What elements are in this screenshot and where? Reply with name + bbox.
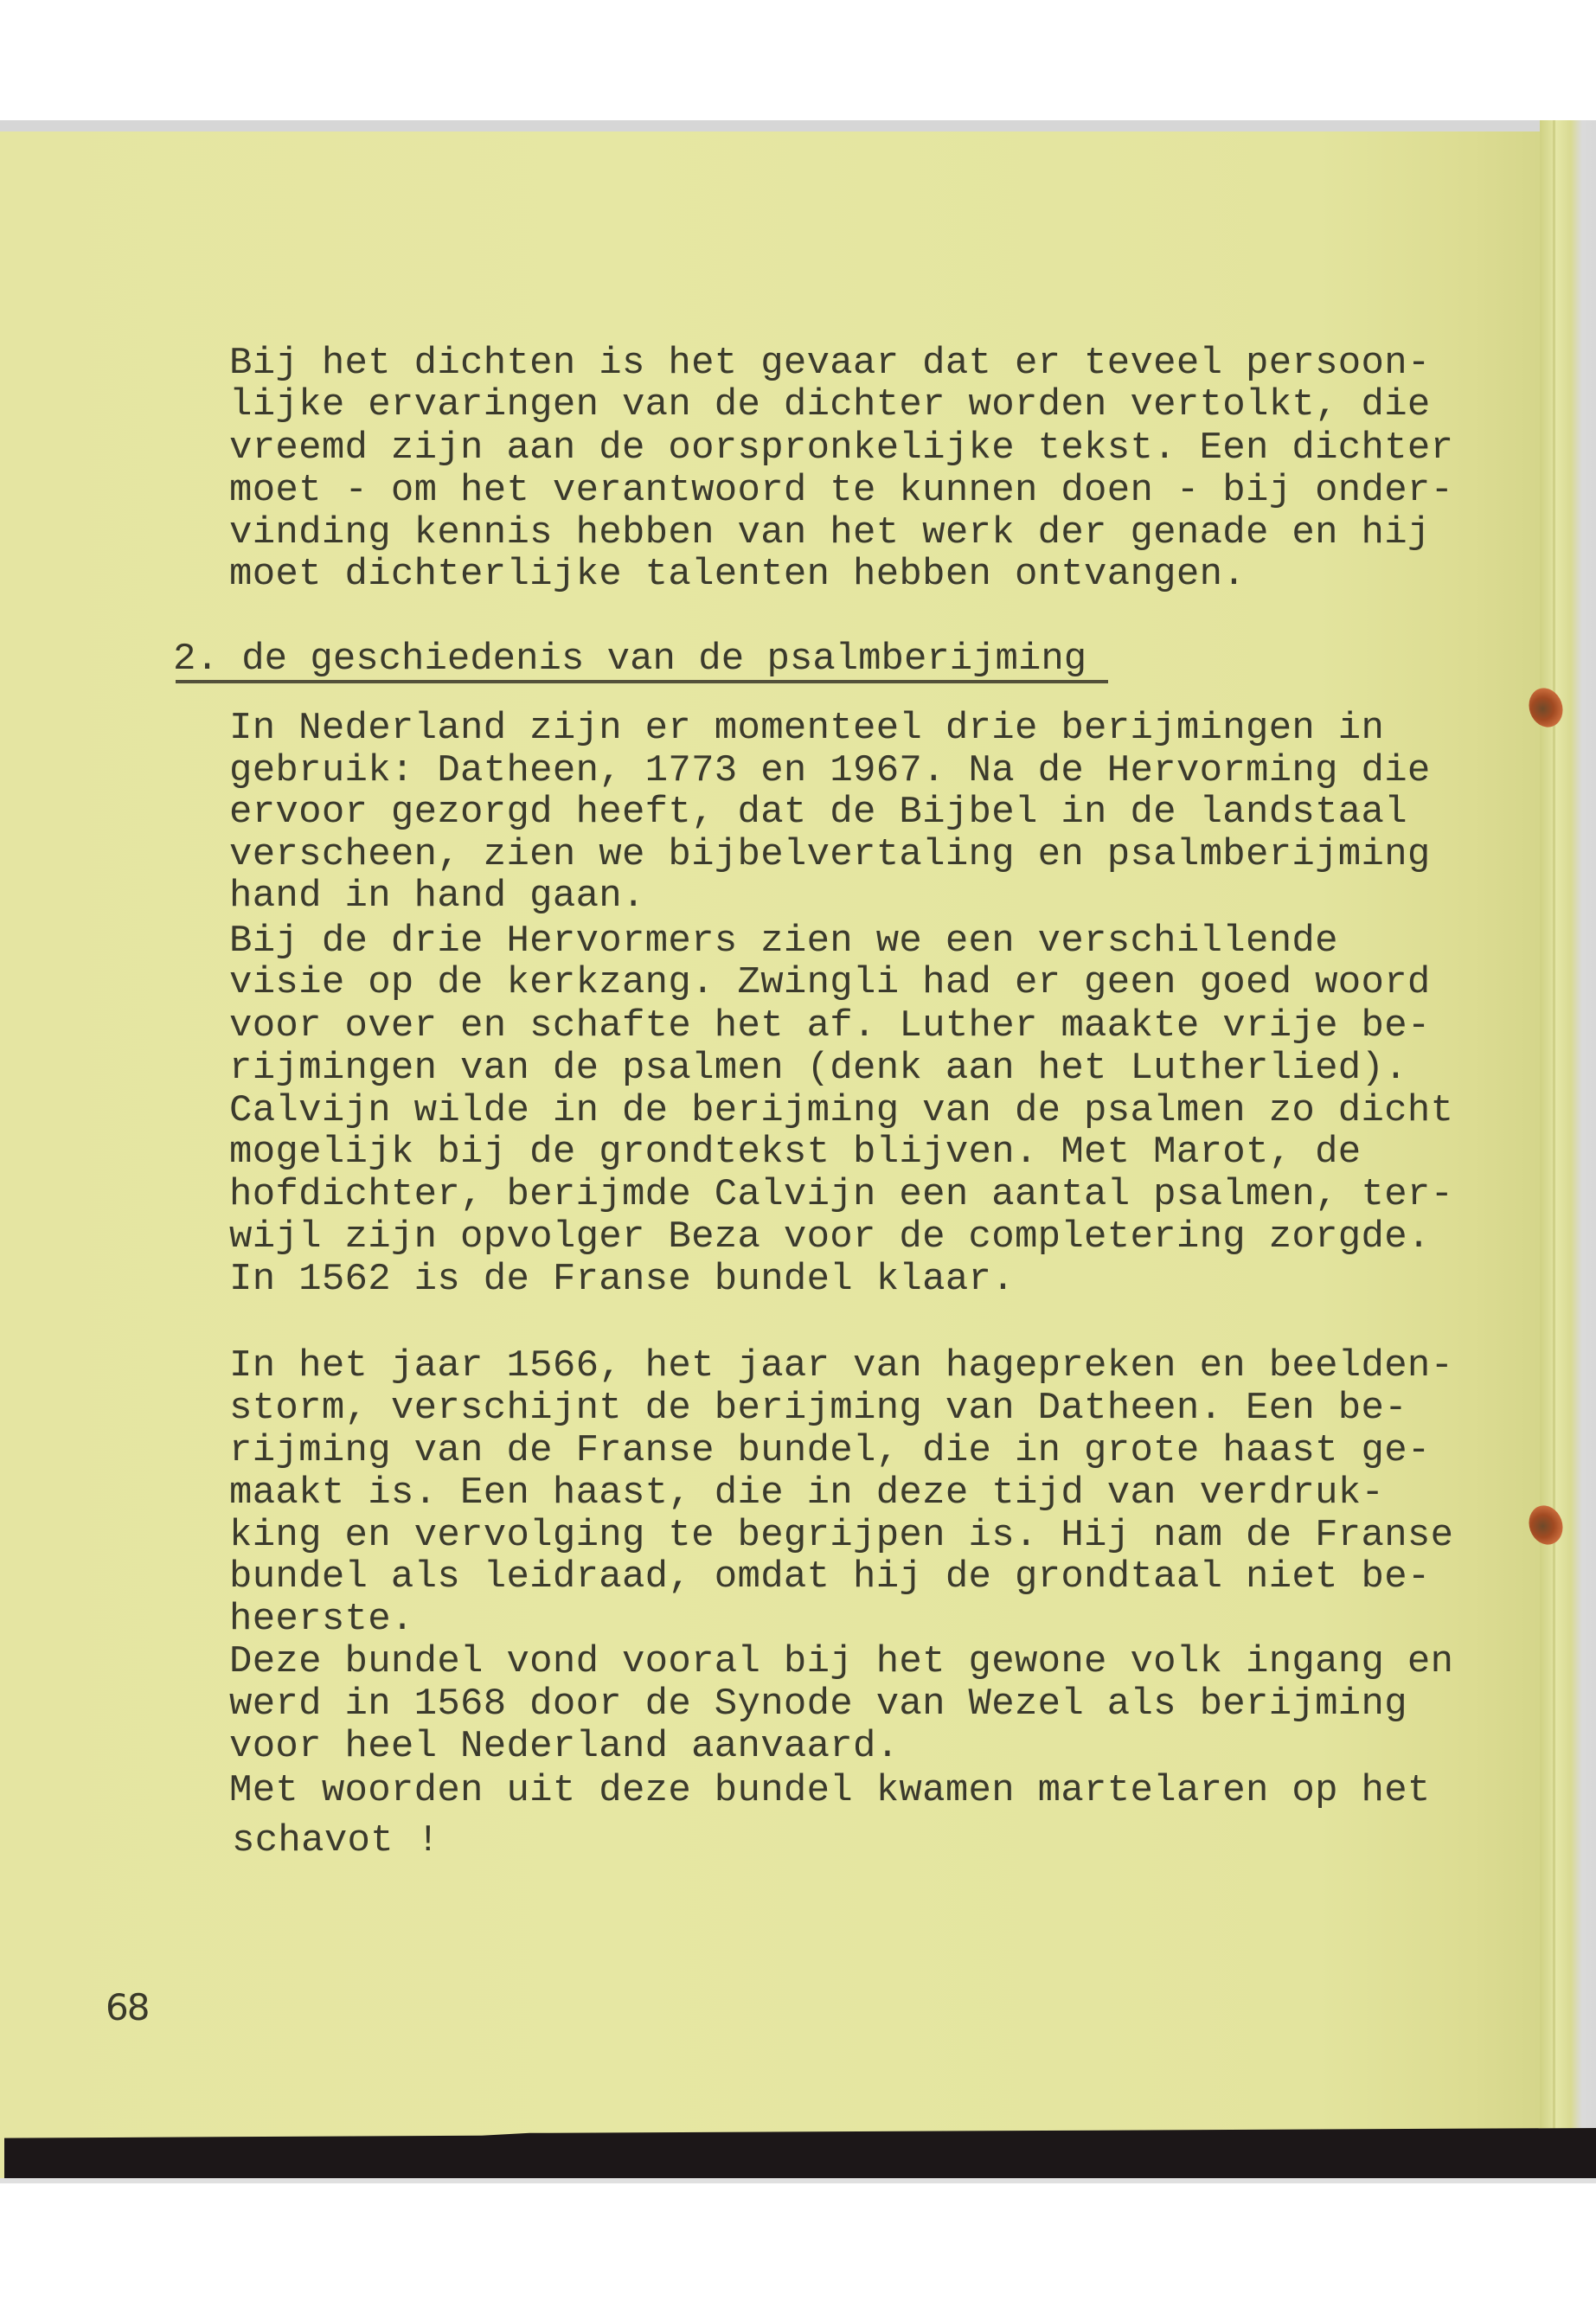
text-line: Calvijn wilde in de berijming van de psa… (229, 1092, 1453, 1130)
text-line: In 1562 is de Franse bundel klaar. (229, 1260, 1015, 1298)
text-line: moet dichterlijke talenten hebben ontvan… (229, 555, 1246, 593)
text-line: vinding kennis hebben van het werk der g… (229, 514, 1431, 552)
scan-bottom-border (0, 2178, 1596, 2183)
text-line: vreemd zijn aan de oorspronkelijke tekst… (229, 429, 1453, 467)
text-line: Deze bundel vond vooral bij het gewone v… (229, 1643, 1453, 1681)
section-heading: 2. de geschiedenis van de psalmberijming (173, 640, 1086, 678)
text-line: werd in 1568 door de Synode van Wezel al… (229, 1685, 1407, 1723)
text-line: hand in hand gaan. (229, 877, 645, 915)
text-line: heerste. (229, 1600, 414, 1638)
page-binding-edge (1540, 120, 1596, 2179)
page-fold-line (1553, 120, 1555, 2170)
page-number: 68 (106, 1986, 148, 2029)
text-line: In het jaar 1566, het jaar van hagepreke… (229, 1347, 1453, 1385)
section-heading-underline (176, 680, 1108, 683)
text-line: voor heel Nederland aanvaard. (229, 1727, 899, 1766)
scan-top-border (0, 120, 1596, 132)
text-line: rijmingen van de psalmen (denk aan het L… (229, 1049, 1407, 1087)
text-line: ervoor gezorgd heeft, dat de Bijbel in d… (229, 793, 1407, 831)
text-line: wijl zijn opvolger Beza voor de complete… (229, 1218, 1431, 1256)
text-line: voor over en schafte het af. Luther maak… (229, 1007, 1431, 1045)
text-line: mogelijk bij de grondtekst blijven. Met … (229, 1133, 1362, 1171)
text-line: lijke ervaringen van de dichter worden v… (229, 386, 1431, 424)
text-line: gebruik: Datheen, 1773 en 1967. Na de He… (229, 752, 1431, 790)
text-line: maakt is. Een haast, die in deze tijd va… (229, 1474, 1384, 1512)
text-line: storm, verschijnt de berijming van Dathe… (229, 1389, 1407, 1427)
text-line: moet - om het verantwoord te kunnen doen… (229, 471, 1453, 510)
text-line: Bij het dichten is het gevaar dat er tev… (229, 344, 1431, 382)
text-line: In Nederland zijn er momenteel drie beri… (229, 709, 1384, 747)
text-line: hofdichter, berijmde Calvijn een aantal … (229, 1176, 1453, 1214)
text-line: visie op de kerkzang. Zwingli had er gee… (229, 964, 1431, 1002)
text-line: schavot ! (232, 1822, 439, 1860)
text-line: king en vervolging te begrijpen is. Hij … (229, 1516, 1453, 1554)
text-line: verscheen, zien we bijbelvertaling en ps… (229, 836, 1431, 874)
text-line: bundel als leidraad, omdat hij de grondt… (229, 1558, 1431, 1596)
text-line: rijming van de Franse bundel, die in gro… (229, 1432, 1431, 1470)
text-line: Bij de drie Hervormers zien we een versc… (229, 922, 1338, 960)
text-line: Met woorden uit deze bundel kwamen marte… (229, 1772, 1431, 1810)
